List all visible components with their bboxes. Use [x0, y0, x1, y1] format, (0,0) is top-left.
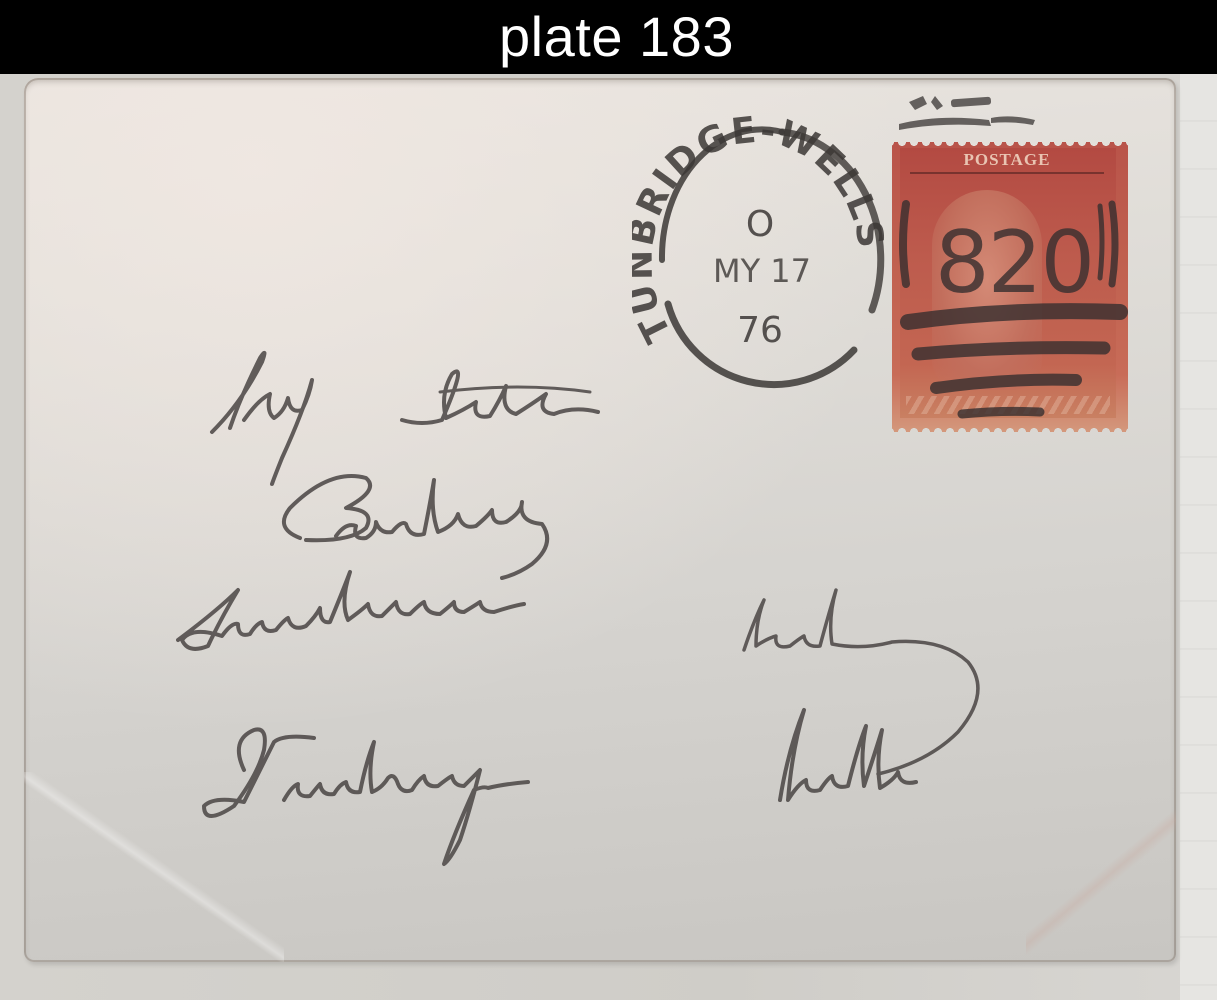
- postmark-date: MY 17: [713, 252, 811, 290]
- envelope-crease-right: [1026, 802, 1176, 962]
- cancel-number: 820: [935, 213, 1093, 313]
- numeral-obliterator: 820: [892, 142, 1128, 432]
- plate-caption: plate 183: [499, 0, 734, 74]
- tunbridge-wells-postmark: TUNBRIDGE-WELLS O MY 17 76: [632, 110, 888, 396]
- album-page-edge: [1180, 74, 1217, 1000]
- envelope-crease-left: [24, 772, 284, 962]
- caption-bar: plate 183: [0, 0, 1217, 74]
- stray-cancel-marks: [895, 88, 1095, 144]
- penny-red-stamp: POSTAGE 820: [892, 142, 1128, 432]
- postmark-year: 76: [737, 310, 783, 351]
- postmark-code: O: [746, 204, 774, 245]
